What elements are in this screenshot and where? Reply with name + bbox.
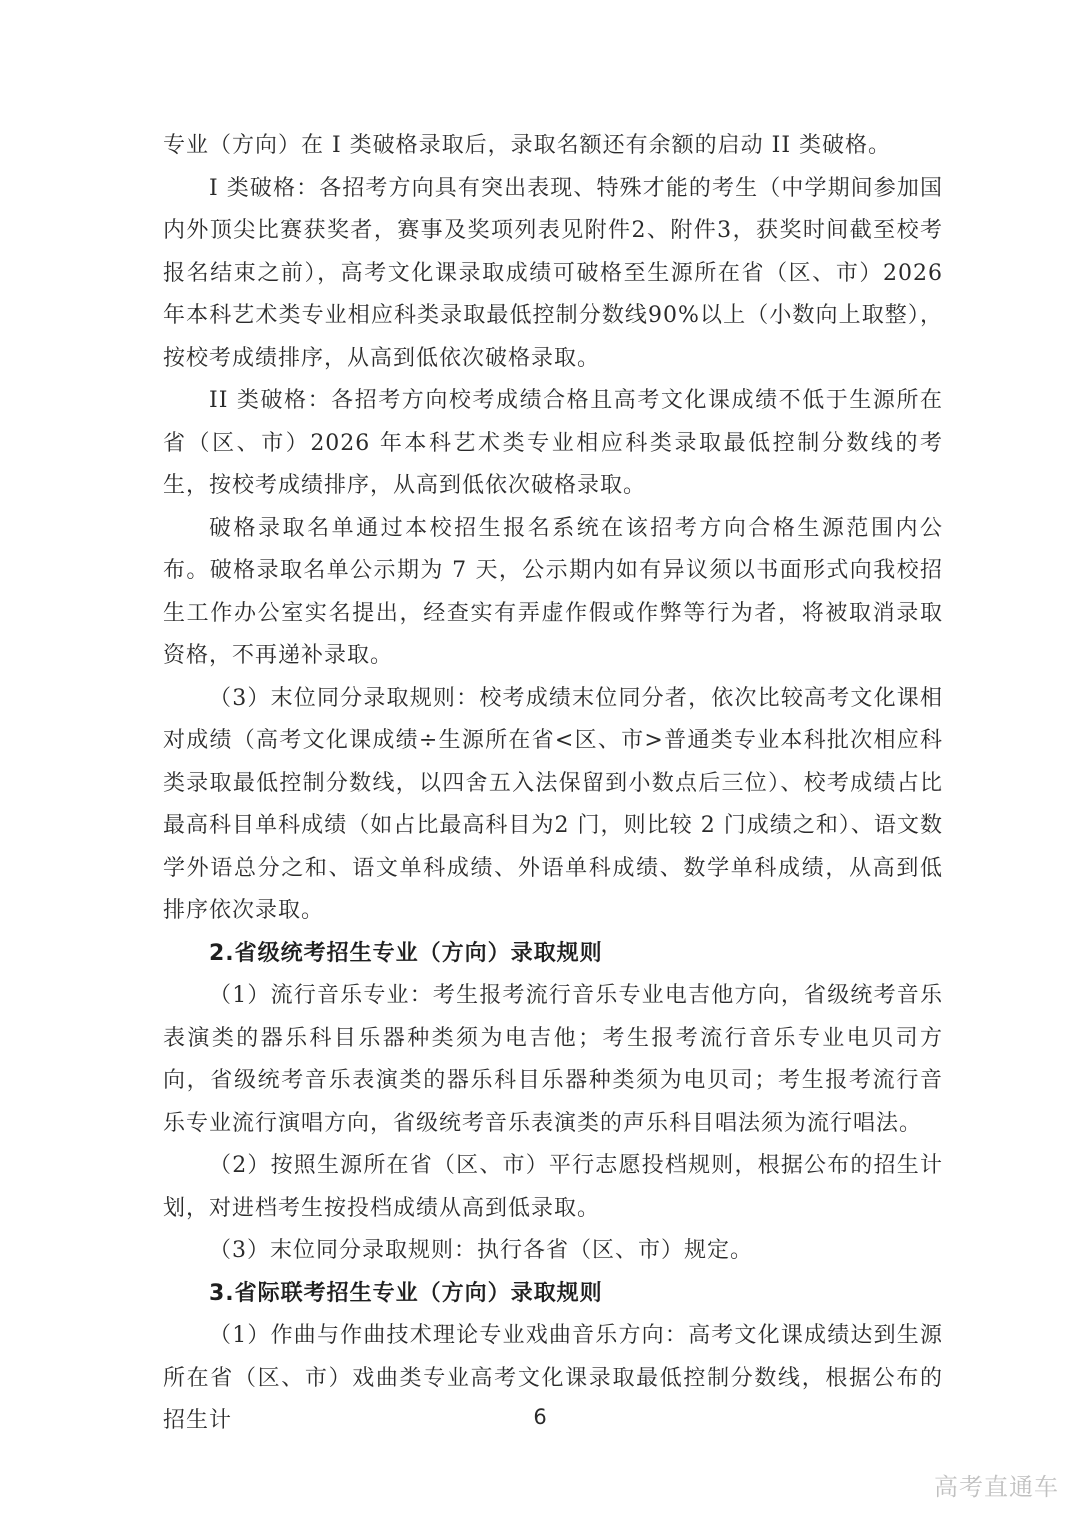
paragraph: 专业（方向）在 I 类破格录取后，录取名额还有余额的启动 II 类破格。: [163, 125, 943, 168]
page-number: 6: [0, 1402, 1080, 1432]
section-heading: 2.省级统考招生专业（方向）录取规则: [163, 933, 943, 976]
watermark-text: 高考直通车: [934, 1472, 1059, 1502]
paragraph: （2）按照生源所在省（区、市）平行志愿投档规则，根据公布的招生计划，对进档考生按…: [163, 1145, 943, 1230]
paragraph: 破格录取名单通过本校招生报名系统在该招考方向合格生源范围内公布。破格录取名单公示…: [163, 508, 943, 678]
paragraph: II 类破格：各招考方向校考成绩合格且高考文化课成绩不低于生源所在省（区、市）2…: [163, 380, 943, 508]
paragraph: （3）末位同分录取规则：校考成绩末位同分者，依次比较高考文化课相对成绩（高考文化…: [163, 678, 943, 933]
document-page: 专业（方向）在 I 类破格录取后，录取名额还有余额的启动 II 类破格。I 类破…: [0, 0, 1080, 1528]
paragraph: （3）末位同分录取规则：执行各省（区、市）规定。: [163, 1230, 943, 1273]
paragraph: （1）流行音乐专业：考生报考流行音乐专业电吉他方向，省级统考音乐表演类的器乐科目…: [163, 975, 943, 1145]
paragraph: I 类破格：各招考方向具有突出表现、特殊才能的考生（中学期间参加国内外顶尖比赛获…: [163, 168, 943, 381]
section-heading: 3.省际联考招生专业（方向）录取规则: [163, 1273, 943, 1316]
document-body: 专业（方向）在 I 类破格录取后，录取名额还有余额的启动 II 类破格。I 类破…: [163, 125, 943, 1443]
